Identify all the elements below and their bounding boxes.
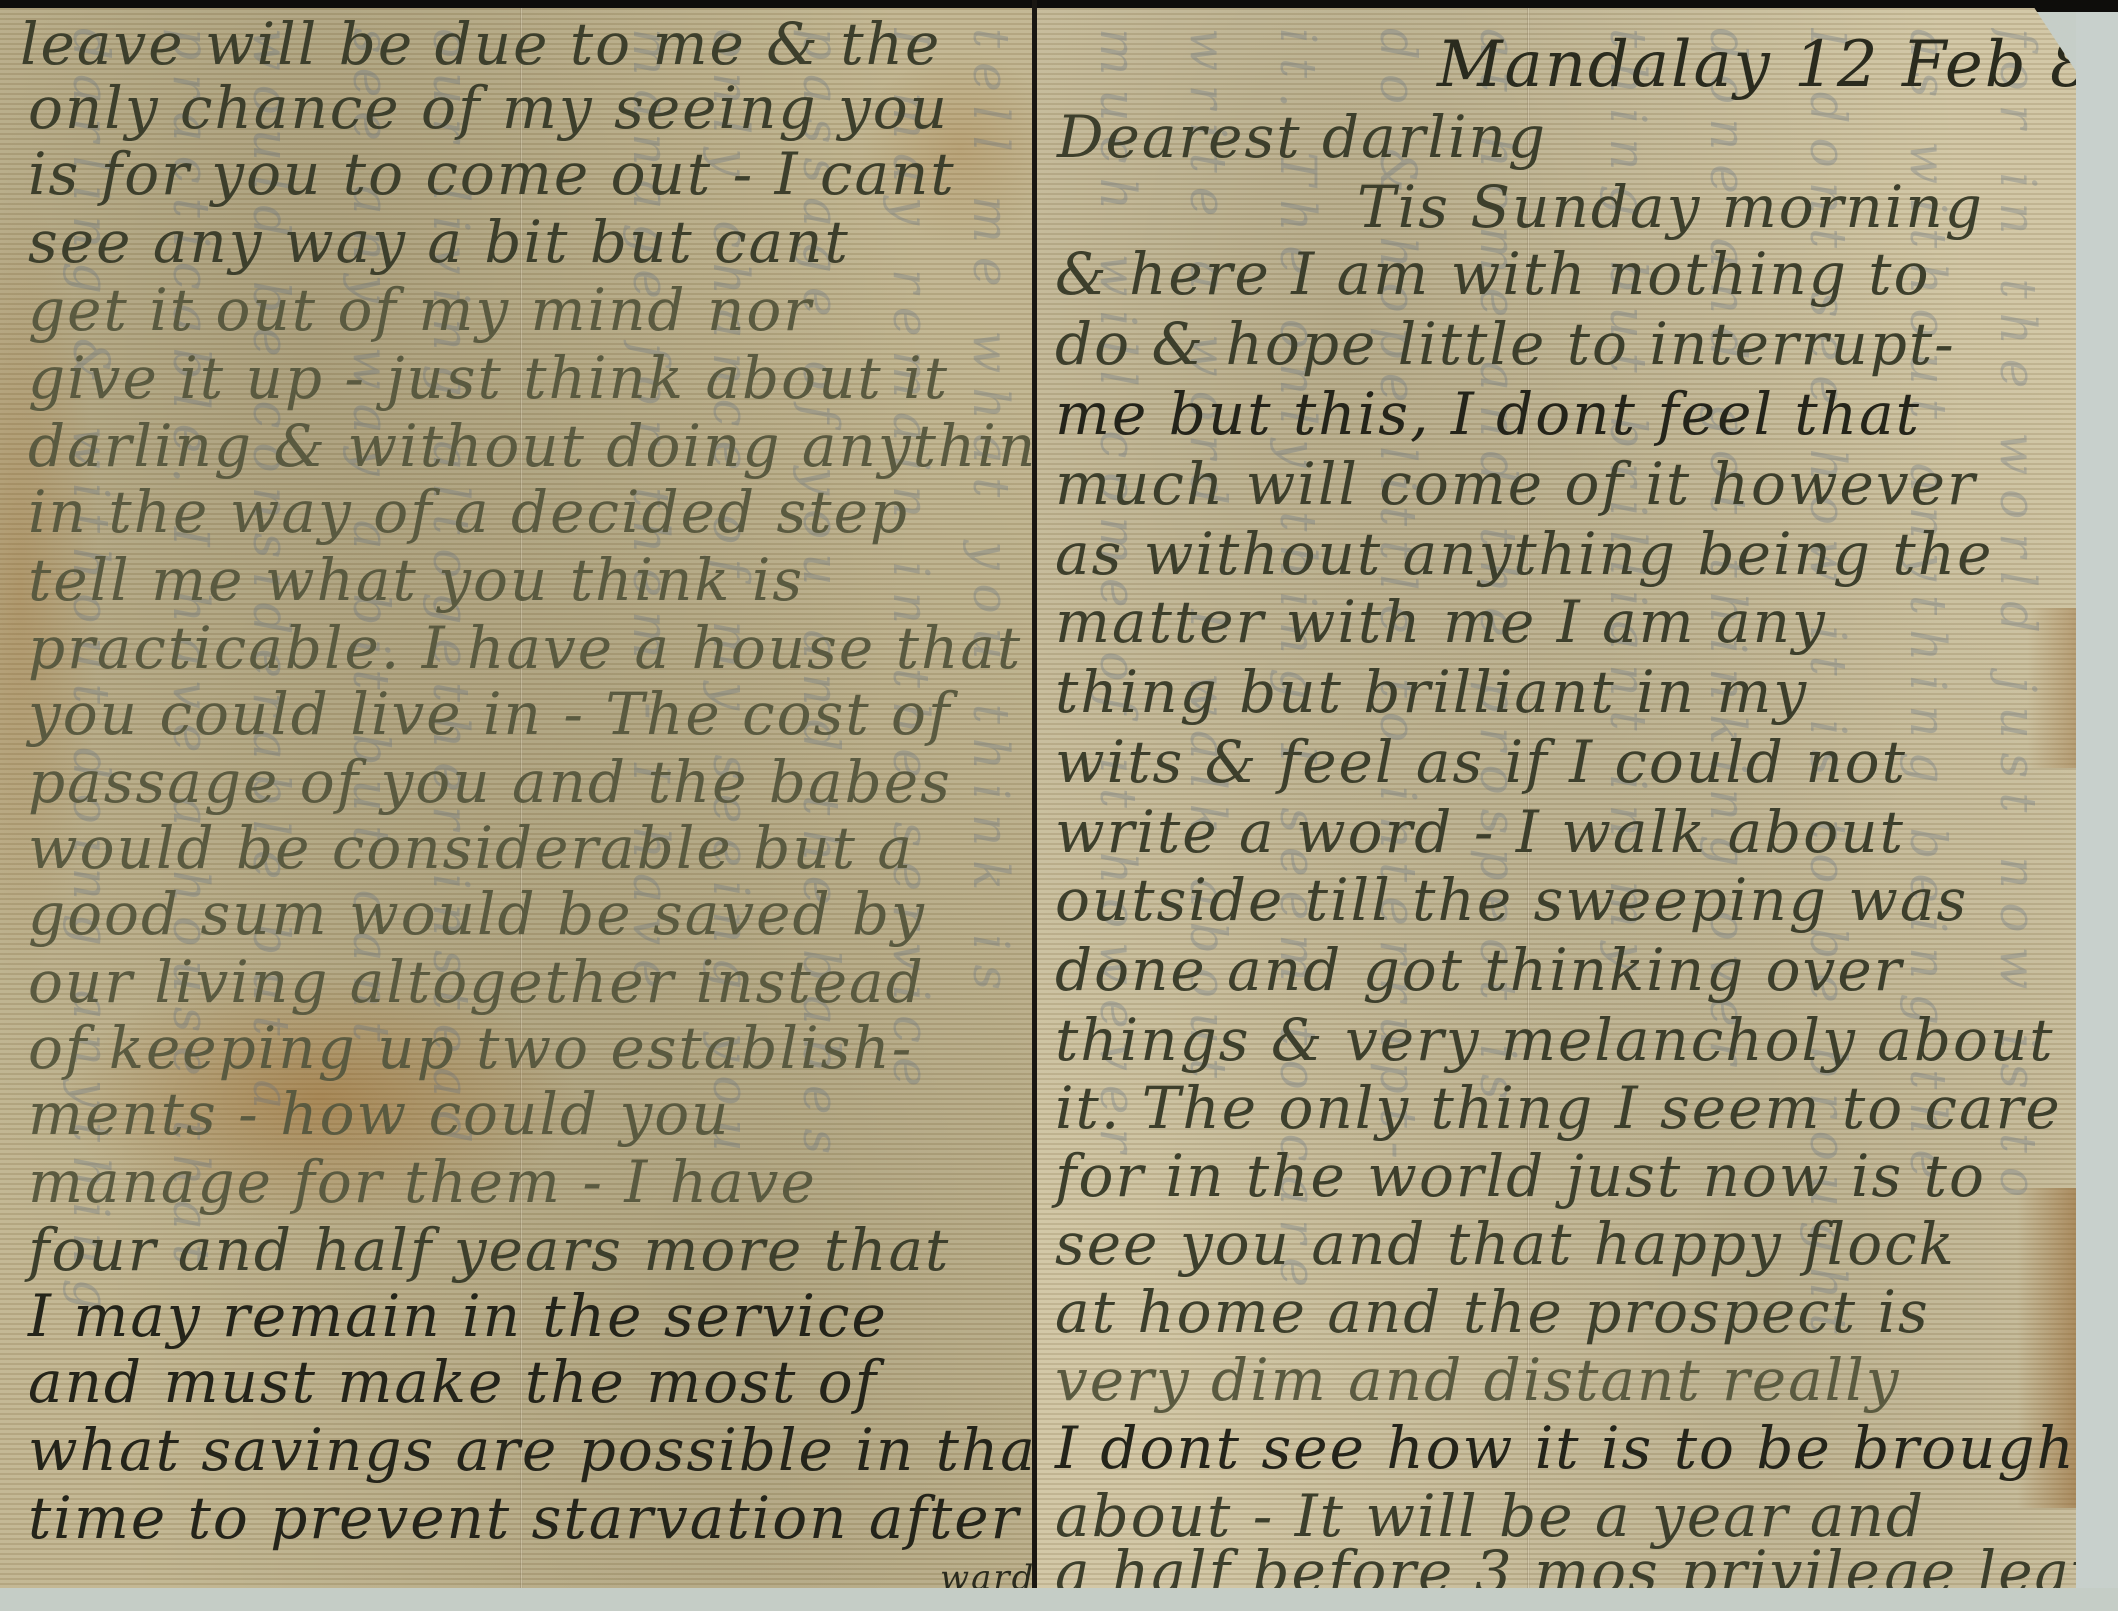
letter-line: darling & without doing anything — [28, 412, 1033, 480]
letter-line: do & hope little to interrupt- — [1055, 310, 1956, 378]
letter-line: tell me what you think is — [28, 546, 804, 614]
letter-line: good sum would be saved by — [28, 880, 926, 948]
letter-line: for in the world just now is to — [1055, 1142, 1986, 1210]
letter-line: at home and the prospect is — [1055, 1278, 1930, 1346]
letter-line: much will come of it however — [1055, 450, 1977, 518]
letter-line: Tis Sunday morning — [1357, 173, 1984, 241]
letter-line: ments - how could you — [28, 1080, 731, 1148]
scanned-letter: darling & without doing anything practic… — [0, 0, 2118, 1611]
letter-line: get it out of my mind nor — [28, 276, 813, 344]
scanner-background-right — [2076, 12, 2118, 1611]
letter-line: leave will be due to me & the — [20, 10, 941, 78]
left-page: darling & without doing anything practic… — [0, 8, 1033, 1588]
letter-line: outside till the sweeping was — [1055, 866, 1968, 934]
letter-line: you could live in - The cost of — [28, 680, 951, 748]
letter-line: manage for them - I have — [28, 1148, 817, 1216]
letter-line: passage of you and the babes — [28, 748, 952, 816]
letter-line: see you and that happy flock — [1055, 1210, 1956, 1278]
letter-line: wits & feel as if I could not — [1055, 728, 1907, 796]
letter-line: I may remain in the service — [28, 1282, 888, 1350]
letter-line: what savings are possible in that — [28, 1416, 1033, 1484]
catchword: wards — [940, 1558, 1033, 1588]
right-page: much will come of it however write a wor… — [1037, 8, 2076, 1588]
right-page-text: Mandalay 12 Feb 88 Dearest darling Tis S… — [1037, 8, 2076, 1588]
letter-line: of keeping up two establish- — [28, 1014, 913, 1082]
letter-line: only chance of my seeing you — [28, 74, 949, 142]
letter-line: a half before 3 mos privilege leave — [1055, 1538, 2076, 1588]
letter-line: thing but brilliant in my — [1055, 658, 1808, 726]
letter-line: I dont see how it is to be brought — [1055, 1414, 2076, 1482]
letter-line: done and got thinking over — [1055, 936, 1903, 1004]
letter-line: time to prevent starvation after — [28, 1484, 1020, 1552]
letter-line: in the way of a decided step — [28, 478, 909, 546]
letter-line: matter with me I am any — [1055, 588, 1827, 656]
letter-line: is for you to come out - I cant — [28, 140, 956, 208]
letter-line: very dim and distant really — [1055, 1346, 1901, 1414]
letter-line: write a word - I walk about — [1055, 798, 1905, 866]
letter-line: four and half years more that — [28, 1216, 950, 1284]
letter-line: would be considerable but a — [28, 814, 914, 882]
letter-line: as without anything being the — [1055, 520, 1993, 588]
place-date-heading: Mandalay 12 Feb 88 — [1437, 28, 2076, 102]
left-page-text: leave will be due to me & the only chanc… — [0, 8, 1033, 1588]
letter-line: our living altogether instead — [28, 948, 925, 1016]
letter-line: see any way a bit but cant — [28, 208, 850, 276]
letter-line: things & very melancholy about — [1055, 1006, 2055, 1074]
letter-line: it. The only thing I seem to care — [1055, 1074, 2062, 1142]
scanner-background-bottom — [0, 1588, 2118, 1611]
page-divider — [1032, 0, 1037, 1588]
salutation: Dearest darling — [1057, 103, 1547, 171]
letter-line: me but this, I dont feel that — [1055, 380, 1921, 448]
letter-line: and must make the most of — [28, 1348, 878, 1416]
letter-line: give it up - just think about it — [28, 344, 949, 412]
letter-line: practicable. I have a house that — [28, 614, 1022, 682]
letter-line: & here I am with nothing to — [1055, 240, 1931, 308]
